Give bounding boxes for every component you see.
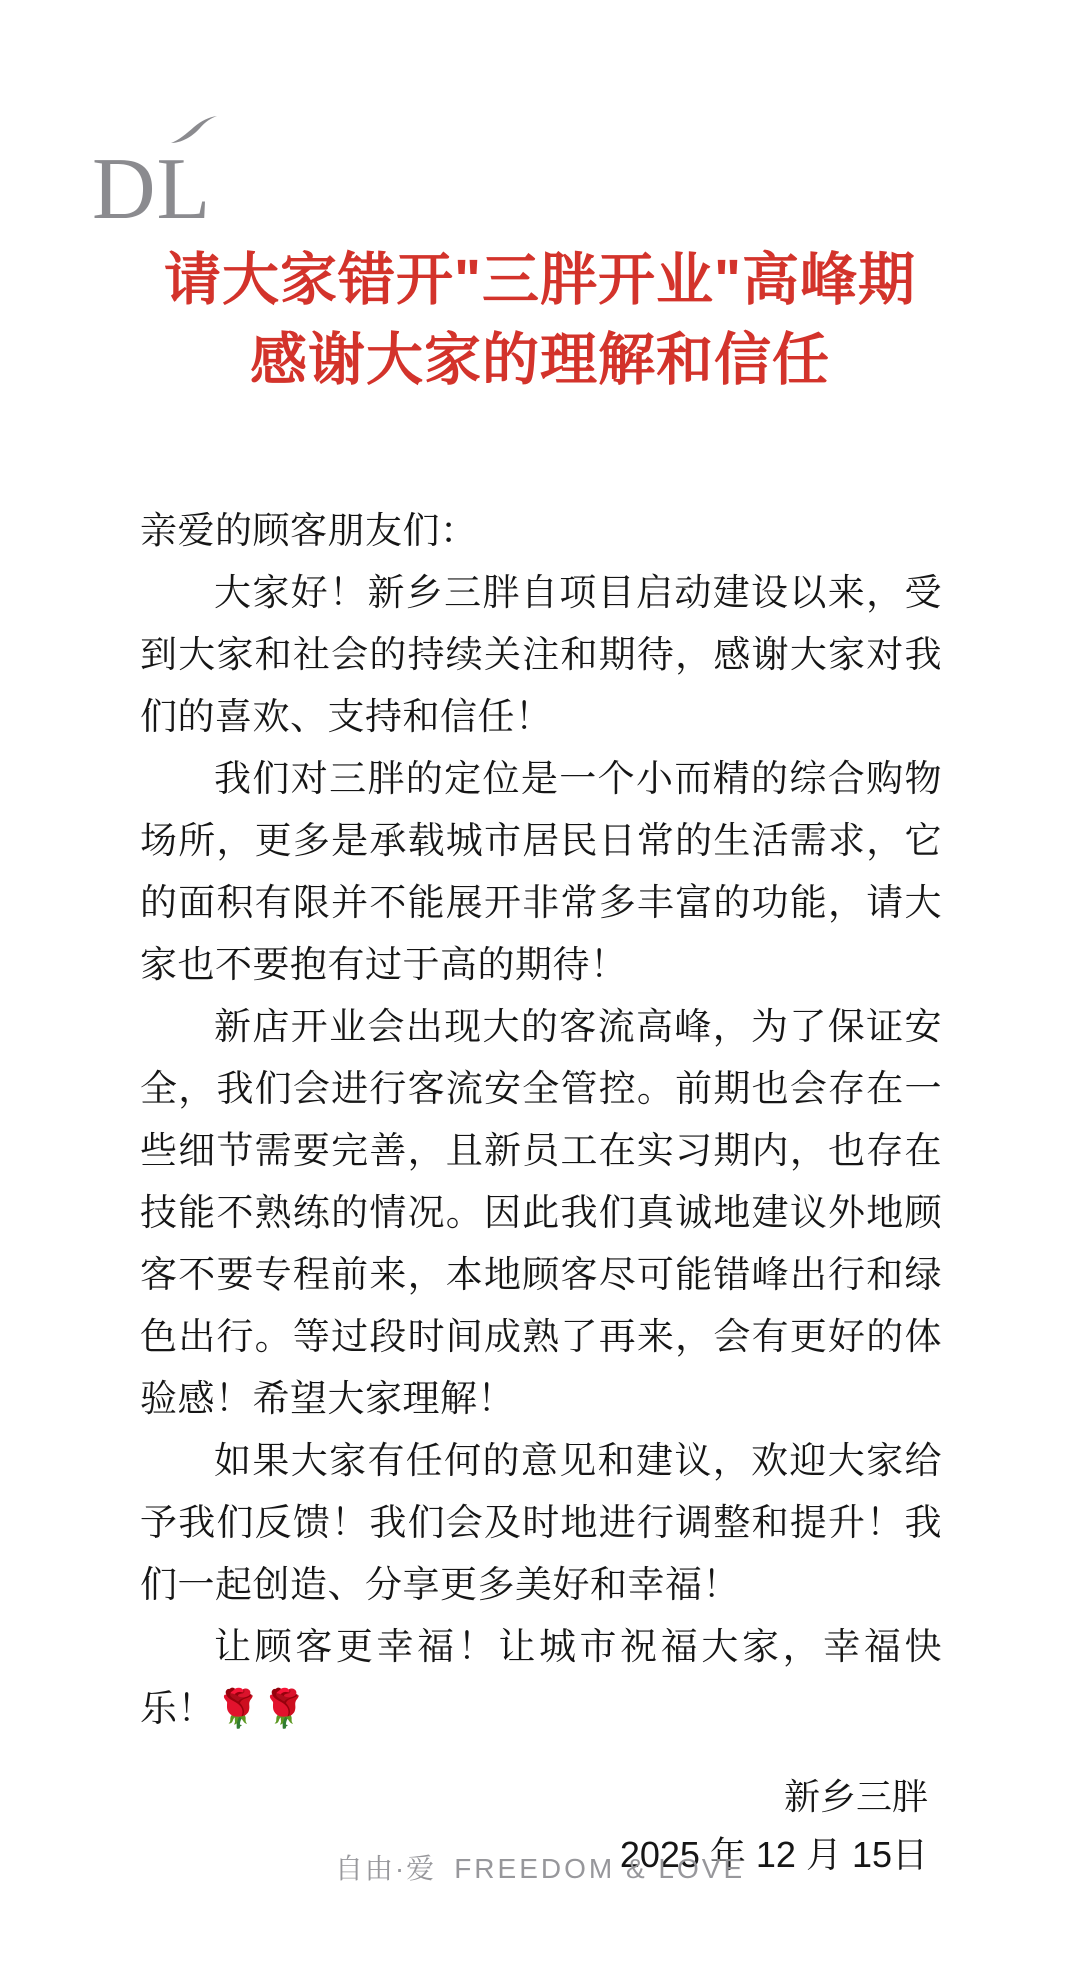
- brand-header: DL: [0, 112, 1080, 216]
- footer-slogan-english: FREEDOM & LOVE: [454, 1853, 745, 1884]
- logo-swoosh-icon: [170, 114, 218, 146]
- paragraph-5: 让顾客更幸福！让城市祝福大家，幸福快乐！🌹🌹: [140, 1616, 942, 1740]
- salutation: 亲爱的顾客朋友们：: [140, 500, 942, 562]
- letter-body: 亲爱的顾客朋友们： 大家好！新乡三胖自项目启动建设以来，受到大家和社会的持续关注…: [140, 500, 942, 1740]
- rose-emoji: 🌹🌹: [215, 1688, 307, 1729]
- title-line-2: 感谢大家的理解和信任: [0, 320, 1080, 400]
- paragraph-1: 大家好！新乡三胖自项目启动建设以来，受到大家和社会的持续关注和期待，感谢大家对我…: [140, 562, 942, 748]
- footer-slogan-chinese: 自由·爱: [335, 1853, 436, 1884]
- announcement-title: 请大家错开"三胖开业"高峰期 感谢大家的理解和信任: [0, 240, 1080, 400]
- paragraph-4: 如果大家有任何的意见和建议，欢迎大家给予我们反馈！我们会及时地进行调整和提升！我…: [140, 1430, 942, 1616]
- paragraph-3: 新店开业会出现大的客流高峰，为了保证安全，我们会进行客流安全管控。前期也会存在一…: [140, 996, 942, 1430]
- signature-name: 新乡三胖: [0, 1768, 928, 1826]
- footer-slogan: 自由·爱FREEDOM & LOVE: [0, 1853, 1080, 1885]
- paragraph-2: 我们对三胖的定位是一个小而精的综合购物场所，更多是承载城市居民日常的生活需求，它…: [140, 748, 942, 996]
- brand-logo: DL: [92, 112, 252, 216]
- title-line-1: 请大家错开"三胖开业"高峰期: [0, 240, 1080, 320]
- announcement-page: DL 请大家错开"三胖开业"高峰期 感谢大家的理解和信任 亲爱的顾客朋友们： 大…: [0, 0, 1080, 1985]
